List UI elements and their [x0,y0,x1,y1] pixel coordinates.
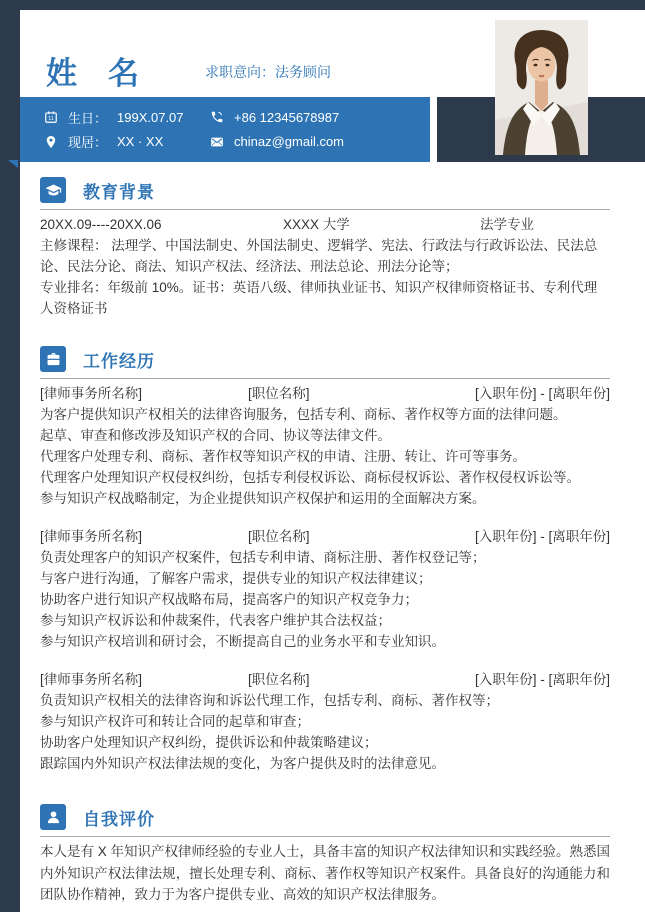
contact-bar: 11 生日：199X.07.07 +86 12345678987 现居：XX ·… [20,97,430,162]
education-title: 教育背景 [83,178,155,203]
work-entry-header: [律师事务所名称] [职位名称] [入职年份] - [离职年份] [40,669,610,690]
education-major: 法学专业 [480,214,610,235]
phone-icon [210,110,224,124]
company-name: [律师事务所名称] [40,383,248,404]
education-school: XXXX 大学 [283,214,480,235]
position-name: [职位名称] [248,383,310,404]
phone-item: +86 12345678987 [210,110,430,125]
duty-line: 协助客户进行知识产权战略布局，提高客户的知识产权竞争力； [40,589,610,610]
employment-period: [入职年份] - [离职年份] [310,383,610,404]
email-value: chinaz@gmail.com [234,134,344,149]
location-icon [44,135,58,149]
position-name: [职位名称] [248,526,310,547]
education-row: 20XX.09----20XX.06 XXXX 大学 法学专业 [40,214,610,235]
calendar-icon: 11 [44,110,58,124]
profile-photo [495,20,588,155]
education-ranking: 专业排名：年级前 10%。证书：英语八级、律师执业证书、知识产权律师资格证书、专… [40,277,610,319]
work-title: 工作经历 [83,347,155,372]
svg-text:11: 11 [48,116,54,122]
self-evaluation-title: 自我评价 [83,805,155,830]
graduation-cap-icon [40,177,66,203]
top-accent-bar [0,0,645,10]
position-name: [职位名称] [248,669,310,690]
duty-line: 协助客户处理知识产权纠纷，提供诉讼和仲裁策略建议； [40,732,610,753]
work-header: 工作经历 [40,346,610,379]
job-intention: 求职意向：法务顾问 [205,62,331,82]
email-icon [210,135,224,149]
person-icon [40,804,66,830]
briefcase-icon [40,346,66,372]
education-period: 20XX.09----20XX.06 [40,214,283,235]
self-evaluation-text: 本人是有 X 年知识产权律师经验的专业人士，具备丰富的知识产权法律知识和实践经验… [40,841,610,906]
education-section: 教育背景 20XX.09----20XX.06 XXXX 大学 法学专业 主修课… [40,177,610,319]
duty-line: 起草、审查和修改涉及知识产权的合同、协议等法律文件。 [40,425,610,446]
employment-period: [入职年份] - [离职年份] [310,526,610,547]
duty-line: 负责知识产权相关的法律咨询和诉讼代理工作，包括专利、商标、著作权等； [40,690,610,711]
work-entry: [律师事务所名称] [职位名称] [入职年份] - [离职年份] 负责处理客户的… [40,526,610,652]
email-item: chinaz@gmail.com [210,134,430,149]
duty-line: 跟踪国内外知识产权法律法规的变化，为客户提供及时的法律意见。 [40,753,610,774]
birthday-label: 生日： [68,108,107,127]
birthday-value: 199X.07.07 [117,110,184,125]
left-accent-strip [0,0,20,912]
company-name: [律师事务所名称] [40,669,248,690]
duty-line: 代理客户处理专利、商标、著作权等知识产权的申请、注册、转让、许可等事务。 [40,446,610,467]
duty-line: 参与知识产权诉讼和仲裁案件，代表客户维护其合法权益； [40,610,610,631]
residence-label: 现居： [68,132,107,151]
work-entry: [律师事务所名称] [职位名称] [入职年份] - [离职年份] 负责知识产权相… [40,669,610,774]
duty-line: 参与知识产权培训和研讨会，不断提高自己的业务水平和专业知识。 [40,631,610,652]
duty-line: 与客户进行沟通，了解客户需求，提供专业的知识产权法律建议； [40,568,610,589]
company-name: [律师事务所名称] [40,526,248,547]
resume-content: 教育背景 20XX.09----20XX.06 XXXX 大学 法学专业 主修课… [40,177,610,906]
phone-value: +86 12345678987 [234,110,339,125]
duty-line: 参与知识产权许可和转让合同的起草和审查； [40,711,610,732]
self-evaluation-header: 自我评价 [40,804,610,837]
duty-line: 代理客户处理知识产权侵权纠纷，包括专利侵权诉讼、商标侵权诉讼、著作权侵权诉讼等。 [40,467,610,488]
education-courses: 主修课程： 法理学、中国法制史、外国法制史、逻辑学、宪法、行政法与行政诉讼法、民… [40,235,610,277]
residence-item: 现居：XX · XX [44,132,210,151]
residence-value: XX · XX [117,134,163,149]
candidate-name: 姓名 [46,48,170,93]
birthday-item: 11 生日：199X.07.07 [44,108,210,127]
employment-period: [入职年份] - [离职年份] [310,669,610,690]
work-entry-header: [律师事务所名称] [职位名称] [入职年份] - [离职年份] [40,526,610,547]
resume-page: 姓名 求职意向：法务顾问 11 生日：199X.07.07 +86 123456… [0,0,645,912]
education-header: 教育背景 [40,177,610,210]
duty-line: 为客户提供知识产权相关的法律咨询服务，包括专利、商标、著作权等方面的法律问题。 [40,404,610,425]
duty-line: 参与知识产权战略制定，为企业提供知识产权保护和运用的全面解决方案。 [40,488,610,509]
self-evaluation-section: 自我评价 本人是有 X 年知识产权律师经验的专业人士，具备丰富的知识产权法律知识… [40,804,610,906]
work-entry-header: [律师事务所名称] [职位名称] [入职年份] - [离职年份] [40,383,610,404]
work-entry: [律师事务所名称] [职位名称] [入职年份] - [离职年份] 为客户提供知识… [40,383,610,509]
duty-line: 负责处理客户的知识产权案件，包括专利申请、商标注册、著作权登记等； [40,547,610,568]
work-section: 工作经历 [律师事务所名称] [职位名称] [入职年份] - [离职年份] 为客… [40,346,610,774]
